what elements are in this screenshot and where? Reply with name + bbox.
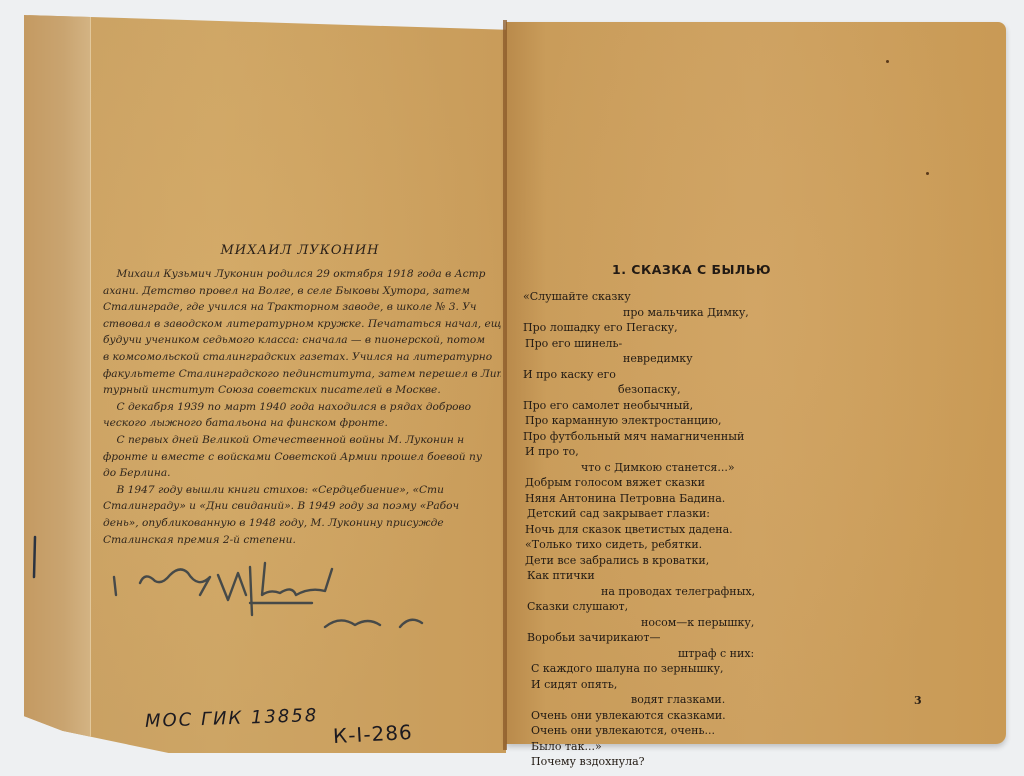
biography-line: ческого лыжного батальона на финском фро… [103,415,501,432]
poem-line: невредимку [523,351,803,367]
biography-title: МИХАИЛ ЛУКОНИН [105,243,495,258]
biography-line: С первых дней Великой Отечественной войн… [103,432,501,449]
poem-text: «Слушайте сказкупро мальчика Димку,Про л… [523,289,803,770]
poem-line: Про его шинель- [523,336,803,352]
biography-line: С декабря 1939 по март 1940 года находил… [103,399,501,416]
biography-line: факультете Сталинградского пединститута,… [103,366,501,383]
poem-line: Про лошадку его Пегаску, [523,320,803,336]
poem-line: на проводах телеграфных, [523,584,803,600]
poem-line: что с Димкою станется...» [523,460,803,476]
poem-line: Добрым голосом вяжет сказки [523,475,803,491]
biography-line: Сталинская премия 2-й степени. [103,532,501,549]
page-number: 3 [914,694,922,707]
poem-line: Детский сад закрывает глазки: [523,506,803,522]
biography-line: Михаил Кузьмич Луконин родился 29 октябр… [103,266,501,283]
binding-strip [24,15,91,753]
biography-line: ствовал в заводском литературном кружке.… [103,316,501,333]
poem-line: Почему вздохнула? [523,754,803,770]
poem-line: Сказки слушают, [523,599,803,615]
poem-line: С каждого шалуна по зернышку, [523,661,803,677]
poem-title: 1. СКАЗКА С БЫЛЬЮ [612,262,771,277]
poem-line: И сидят опять, [523,677,803,693]
paper-speck [926,172,929,175]
poem-line: «Только тихо сидеть, ребятки. [523,537,803,553]
poem-line: Няня Антонина Петровна Бадина. [523,491,803,507]
poem-line: Ночь для сказок цветистых дадена. [523,522,803,538]
biography-line: Сталинграде, где учился на Тракторном за… [103,299,501,316]
margin-pencil-mark [30,535,40,580]
biography-line: будучи учеником седьмого класса: сначала… [103,332,501,349]
biography-line: в комсомольской сталинградских газетах. … [103,349,501,366]
biography-line: В 1947 году вышли книги стихов: «Сердцеб… [103,482,501,499]
poem-line: Очень они увлекаются, очень... [523,723,803,739]
poem-line: Про его самолет необычный, [523,398,803,414]
biography-line: ахани. Детство провел на Волге, в селе Б… [103,283,501,300]
poem-line: Очень они увлекаются сказками. [523,708,803,724]
biography-line: турный институт Союза советских писателе… [103,382,501,399]
biography-line: Сталинграду» и «Дни свиданий». В 1949 го… [103,498,501,515]
biography-line: день», опубликованную в 1948 году, М. Лу… [103,515,501,532]
poem-line: Дети все забрались в кроватки, [523,553,803,569]
biography-line: до Берлина. [103,465,501,482]
poem-line: безопаску, [523,382,803,398]
poem-line: штраф с них: [523,646,803,662]
poem-line: «Слушайте сказку [523,289,803,305]
poem-line: носом—к перышку, [523,615,803,631]
poem-line: Воробьи зачирикают— [523,630,803,646]
poem-line: И про то, [523,444,803,460]
biography-line: фронте и вместе с войсками Советской Арм… [103,449,501,466]
poem-line: про мальчика Димку, [523,305,803,321]
paper-speck [886,60,889,63]
poem-line: Было так...» [523,739,803,755]
poem-line: Про карманную электростанцию, [523,413,803,429]
poem-line: водят глазками. [523,692,803,708]
shelf-mark: К-I-286 [332,720,413,748]
book-gutter [503,20,507,750]
handwritten-signature [100,555,470,645]
poem-line: Про футбольный мяч намагниченный [523,429,803,445]
open-book: МИХАИЛ ЛУКОНИН Михаил Кузьмич Луконин ро… [0,0,1024,776]
poem-line: Как птички [523,568,803,584]
poem-line: И про каску его [523,367,803,383]
biography-text: Михаил Кузьмич Луконин родился 29 октябр… [103,266,501,548]
